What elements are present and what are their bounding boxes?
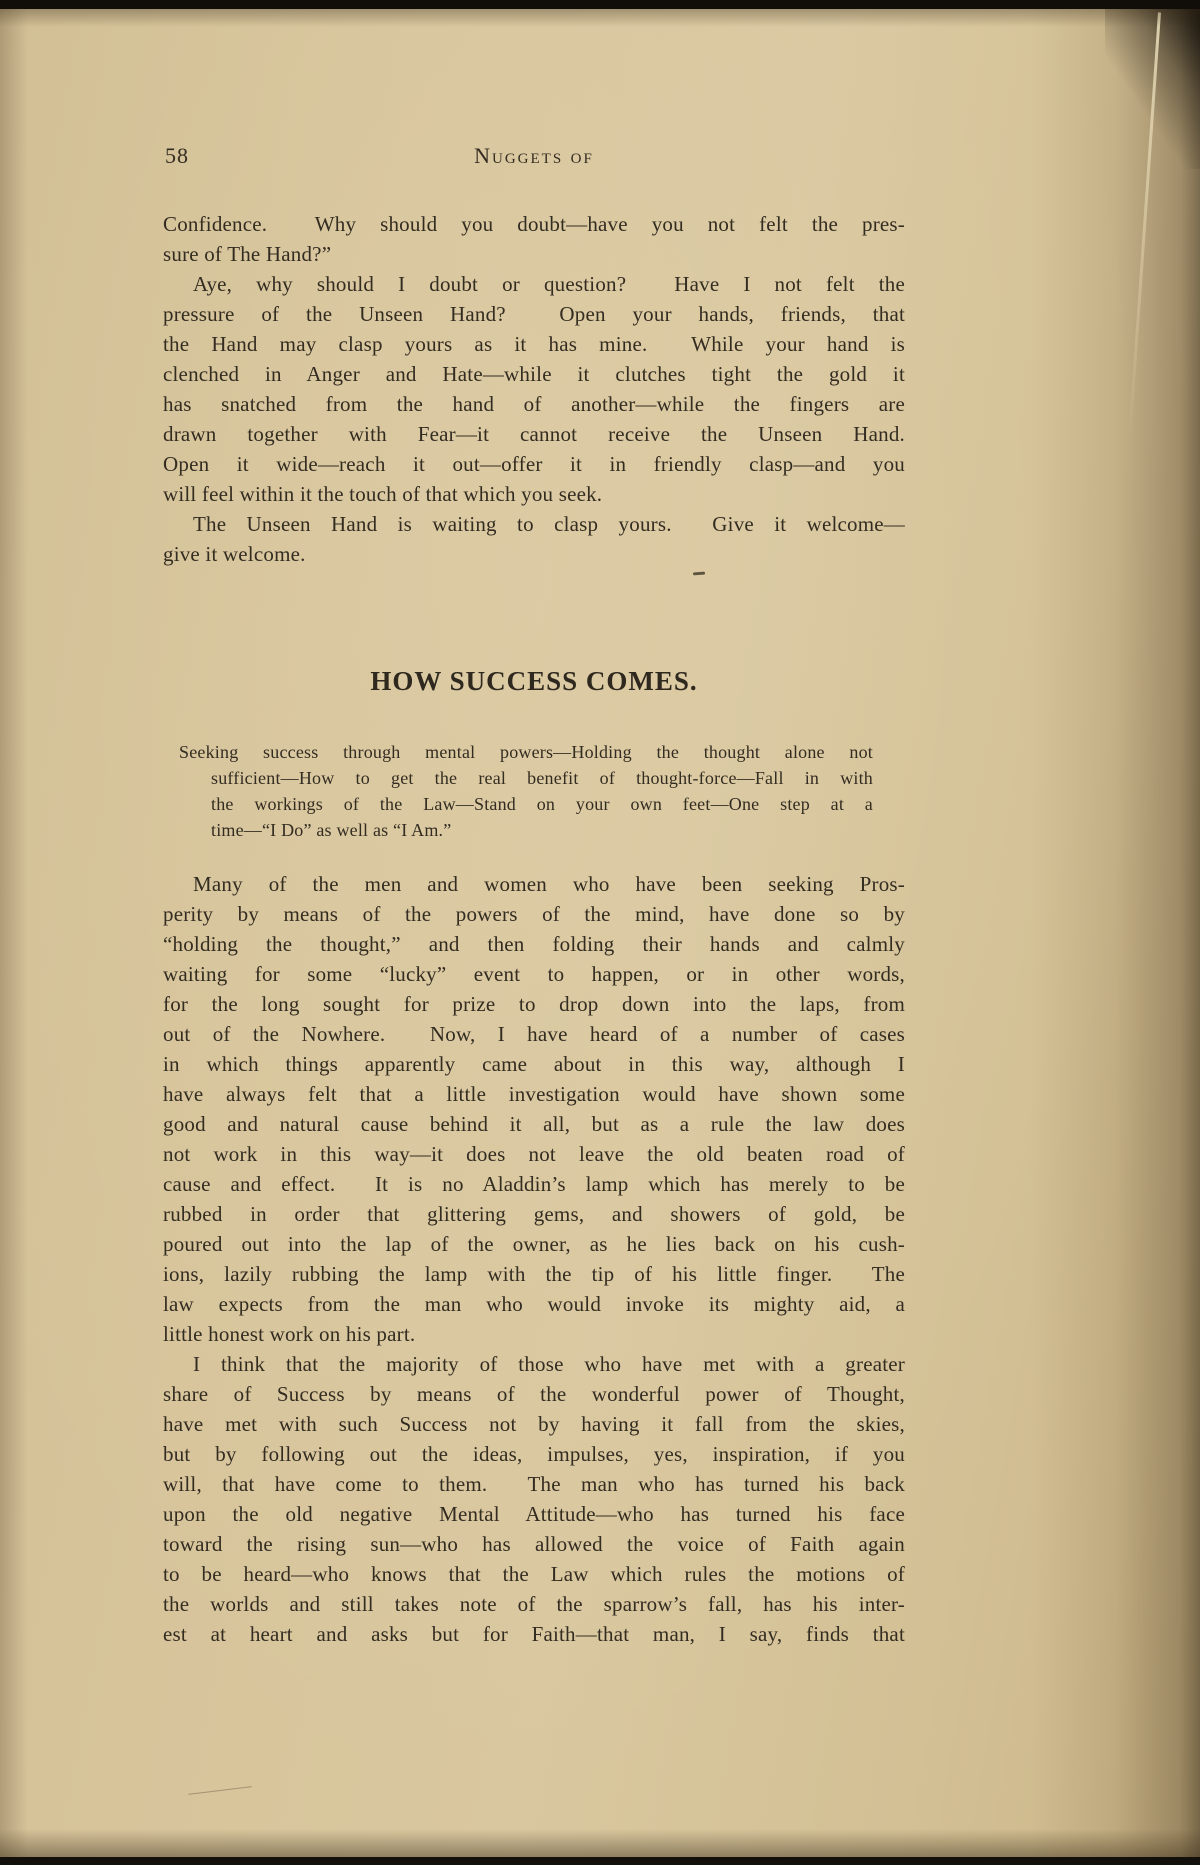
- scan-bottom-bar: [0, 1857, 1200, 1865]
- paragraph: Confidence. Why should you doubt—have yo…: [163, 209, 905, 269]
- book-page-scan: 58 Nuggets of Confidence. Why should you…: [0, 0, 1200, 1865]
- text-line: ions, lazily rubbing the lamp with the t…: [163, 1259, 905, 1289]
- paragraph: The Unseen Hand is waiting to clasp your…: [163, 509, 905, 569]
- text-line: rubbed in order that glittering gems, an…: [163, 1199, 905, 1229]
- text-line: the Hand may clasp yours as it has mine.…: [163, 329, 905, 359]
- text-line: have met with such Success not by having…: [163, 1409, 905, 1439]
- paragraph: Aye, why should I doubt or question? Hav…: [163, 269, 905, 509]
- text-line: have always felt that a little investiga…: [163, 1079, 905, 1109]
- text-line: Confidence. Why should you doubt—have yo…: [163, 209, 905, 239]
- text-line: Aye, why should I doubt or question? Hav…: [163, 269, 905, 299]
- paragraph: I think that the majority of those who h…: [163, 1349, 905, 1649]
- text-flow: Confidence. Why should you doubt—have yo…: [163, 209, 905, 1649]
- text-line: not work in this way—it does not leave t…: [163, 1139, 905, 1169]
- text-line: poured out into the lap of the owner, as…: [163, 1229, 905, 1259]
- right-edge-shadow: [1030, 9, 1200, 1857]
- text-line: Open it wide—reach it out—offer it in fr…: [163, 449, 905, 479]
- text-line: the workings of the Law—Stand on your ow…: [179, 791, 873, 817]
- text-line: est at heart and asks but for Faith—that…: [163, 1619, 905, 1649]
- left-edge-shadow: [0, 9, 28, 1857]
- text-line: for the long sought for prize to drop do…: [163, 989, 905, 1019]
- text-column: 58 Nuggets of Confidence. Why should you…: [163, 143, 905, 1649]
- text-line: clenched in Anger and Hate—while it clut…: [163, 359, 905, 389]
- text-line: toward the rising sun—who has allowed th…: [163, 1529, 905, 1559]
- text-line: time—“I Do” as well as “I Am.”: [179, 817, 873, 843]
- paragraph: Many of the men and women who have been …: [163, 869, 905, 1349]
- text-line: The Unseen Hand is waiting to clasp your…: [163, 509, 905, 539]
- chapter-heading: HOW SUCCESS COMES.: [163, 663, 905, 699]
- text-line: share of Success by means of the wonderf…: [163, 1379, 905, 1409]
- text-line: Many of the men and women who have been …: [163, 869, 905, 899]
- text-line: pressure of the Unseen Hand? Open your h…: [163, 299, 905, 329]
- running-header: Nuggets of: [163, 143, 905, 169]
- text-line: good and natural cause behind it all, bu…: [163, 1109, 905, 1139]
- scan-top-bar: [0, 0, 1200, 9]
- text-line: cause and effect. It is no Aladdin’s lam…: [163, 1169, 905, 1199]
- text-line: but by following out the ideas, impulses…: [163, 1439, 905, 1469]
- text-line: little honest work on his part.: [163, 1319, 905, 1349]
- text-line: drawn together with Fear—it cannot recei…: [163, 419, 905, 449]
- text-line: will, that have come to them. The man wh…: [163, 1469, 905, 1499]
- text-line: “holding the thought,” and then folding …: [163, 929, 905, 959]
- text-line: sufficient—How to get the real benefit o…: [179, 765, 873, 791]
- text-line: Seeking success through mental powers—Ho…: [179, 739, 873, 765]
- text-line: in which things apparently came about in…: [163, 1049, 905, 1079]
- chapter-summary: Seeking success through mental powers—Ho…: [179, 739, 873, 843]
- text-line: law expects from the man who would invok…: [163, 1289, 905, 1319]
- bottom-edge-shadow: [0, 1829, 1200, 1857]
- text-line: upon the old negative Mental Attitude—wh…: [163, 1499, 905, 1529]
- text-line: the worlds and still takes note of the s…: [163, 1589, 905, 1619]
- text-line: out of the Nowhere. Now, I have heard of…: [163, 1019, 905, 1049]
- text-line: sure of The Hand?”: [163, 239, 905, 269]
- text-line: I think that the majority of those who h…: [163, 1349, 905, 1379]
- text-line: waiting for some “lucky” event to happen…: [163, 959, 905, 989]
- text-line: has snatched from the hand of another—wh…: [163, 389, 905, 419]
- text-line: give it welcome.: [163, 539, 905, 569]
- text-line: will feel within it the touch of that wh…: [163, 479, 905, 509]
- running-head-row: 58 Nuggets of: [163, 143, 905, 173]
- top-edge-shadow: [0, 9, 1200, 27]
- text-line: perity by means of the powers of the min…: [163, 899, 905, 929]
- text-line: to be heard—who knows that the Law which…: [163, 1559, 905, 1589]
